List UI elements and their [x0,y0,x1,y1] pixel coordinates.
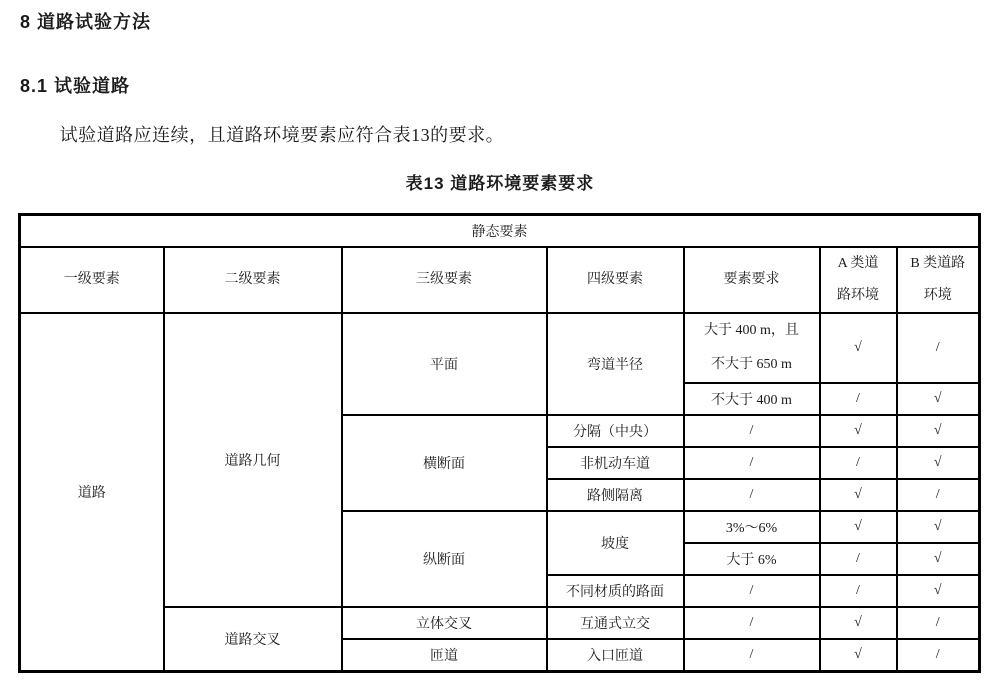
cell-level4-slope: 坡度 [547,511,684,575]
cell-level4-entrance-ramp: 入口匝道 [547,639,684,672]
subsection-heading: 8.1 试验道路 [20,72,130,98]
col-header-level1: 一级要素 [20,247,164,313]
cell-class-a: / [820,447,897,479]
cell-requirement: / [684,575,820,607]
cell-requirement: / [684,639,820,672]
cell-level3-plane: 平面 [342,313,547,414]
table-row-column-headers: 一级要素 二级要素 三级要素 四级要素 要素要求 A 类道 路环境 B 类道路 … [20,247,980,313]
cell-class-a: / [820,383,897,415]
cell-class-a: √ [820,607,897,639]
cell-level4-roadside-isolation: 路侧隔离 [547,479,684,511]
cell-requirement: / [684,607,820,639]
col-header-class-a: A 类道 路环境 [820,247,897,313]
cell-class-a: / [820,575,897,607]
table-row: 道路交叉 立体交叉 互通式立交 / √ / [20,607,980,639]
cell-class-a: √ [820,639,897,672]
group-header-cell: 静态要素 [20,215,980,248]
cell-class-b: √ [897,447,980,479]
col-header-level4: 四级要素 [547,247,684,313]
cell-class-b: / [897,607,980,639]
cell-class-b: √ [897,543,980,575]
cell-requirement: / [684,415,820,447]
cell-class-b: / [897,479,980,511]
cell-class-a: √ [820,511,897,543]
cell-level3-cross-section: 横断面 [342,415,547,511]
table-row: 道路 道路几何 平面 弯道半径 大于 400 m，且 不大于 650 m √ / [20,313,980,382]
col-header-level3: 三级要素 [342,247,547,313]
col-header-class-b: B 类道路 环境 [897,247,980,313]
cell-level1-road: 道路 [20,313,164,671]
col-header-requirement: 要素要求 [684,247,820,313]
cell-class-b: √ [897,511,980,543]
table-row-group-header: 静态要素 [20,215,980,248]
cell-level4-curve-radius: 弯道半径 [547,313,684,414]
cell-level3-grade-separation: 立体交叉 [342,607,547,639]
cell-requirement: 3%～6% [684,511,820,543]
col-header-level2: 二级要素 [164,247,342,313]
cell-level4-median: 分隔（中央） [547,415,684,447]
cell-level4-interchange: 互通式立交 [547,607,684,639]
table-caption: 表13 道路环境要素要求 [0,169,1000,194]
cell-class-a: / [820,543,897,575]
cell-requirement: 大于 6% [684,543,820,575]
cell-level3-profile: 纵断面 [342,511,547,607]
cell-class-a: √ [820,415,897,447]
cell-class-a: √ [820,313,897,382]
cell-level4-different-pavement: 不同材质的路面 [547,575,684,607]
section-heading: 8 道路试验方法 [20,8,151,34]
cell-requirement: / [684,479,820,511]
body-paragraph: 试验道路应连续，且道路环境要素应符合表13的要求。 [20,121,980,147]
cell-class-b: / [897,313,980,382]
cell-level3-ramp: 匝道 [342,639,547,672]
document-page: 8 道路试验方法 8.1 试验道路 试验道路应连续，且道路环境要素应符合表13的… [0,0,1000,688]
cell-requirement: / [684,447,820,479]
cell-class-b: √ [897,383,980,415]
cell-level2-road-crossing: 道路交叉 [164,607,342,672]
cell-class-b: √ [897,415,980,447]
cell-class-a: √ [820,479,897,511]
cell-class-b: √ [897,575,980,607]
cell-requirement: 大于 400 m，且 不大于 650 m [684,313,820,382]
cell-level4-nonmotor-lane: 非机动车道 [547,447,684,479]
cell-requirement: 不大于 400 m [684,383,820,415]
road-environment-table: 静态要素 一级要素 二级要素 三级要素 四级要素 要素要求 A 类道 路环境 B… [18,213,981,673]
cell-class-b: / [897,639,980,672]
cell-level2-geometry: 道路几何 [164,313,342,606]
